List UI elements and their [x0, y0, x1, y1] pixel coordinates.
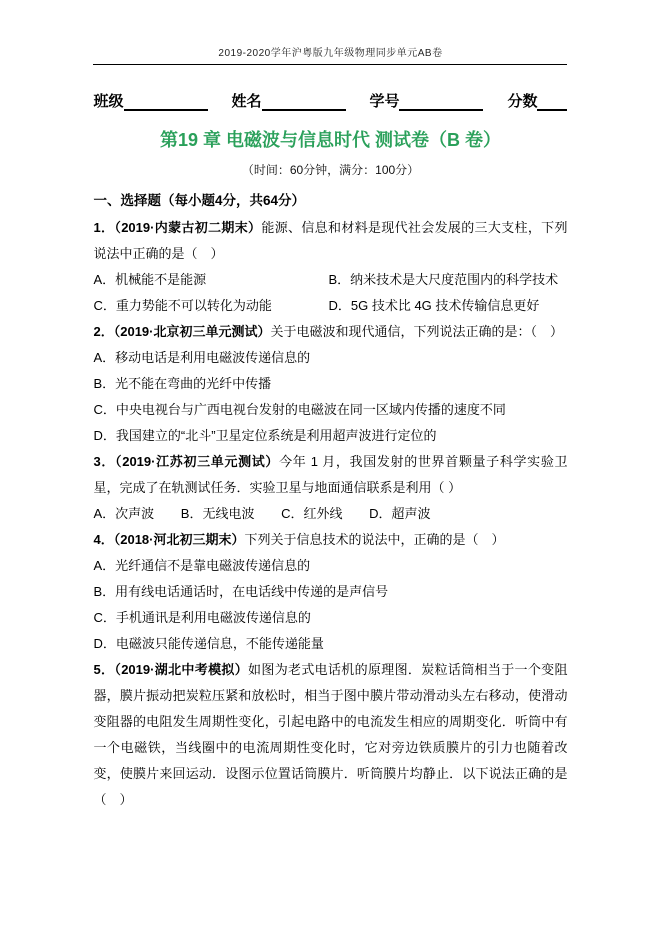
- class-field: 班级: [94, 90, 208, 111]
- exam-time-score-info: （时间：60分钟，满分：100分）: [94, 161, 568, 178]
- question-1-options-row-1: A．机械能不是能源 B．纳米技术是大尺度范围内的科学技术: [94, 267, 568, 293]
- question-5-stem: 5．（2019·湖北中考模拟）如图为老式电话机的原理图．炭粒话筒相当于一个变阻器…: [94, 657, 568, 813]
- question-1-stem: 1．（2019·内蒙古初二期末）能源、信息和材料是现代社会发展的三大支柱，下列说…: [94, 215, 568, 267]
- name-field: 姓名: [231, 90, 345, 111]
- question-3-option-d: D．超声波: [369, 506, 430, 521]
- question-5-source: 5．（2019·湖北中考模拟）: [94, 662, 249, 677]
- question-3-options-row: A．次声波 B．无线电波 C．红外线 D．超声波: [94, 501, 568, 527]
- student-info-row: 班级 姓名 学号 分数: [94, 90, 568, 111]
- question-4-option-c: C．手机通讯是利用电磁波传递信息的: [94, 605, 568, 631]
- question-4-stem: 4．（2018·河北初三期末）下列关于信息技术的说法中，正确的是（ ）: [94, 527, 568, 553]
- question-4-source: 4．（2018·河北初三期末）: [94, 532, 245, 547]
- question-3-source: 3．（2019·江苏初三单元测试）: [94, 454, 280, 469]
- question-2-source: 2．（2019·北京初三单元测试）: [94, 324, 271, 339]
- questions-container: 1．（2019·内蒙古初二期末）能源、信息和材料是现代社会发展的三大支柱，下列说…: [94, 215, 568, 813]
- question-2-stem: 2．（2019·北京初三单元测试）关于电磁波和现代通信，下列说法正确的是：（ ）: [94, 319, 568, 345]
- document-body: 班级 姓名 学号 分数 第19 章 电磁波与信息时代 测试卷（B 卷） （时间：…: [94, 90, 568, 813]
- header-divider: [93, 64, 567, 65]
- question-4-option-d: D．电磁波只能传递信息，不能传递能量: [94, 631, 568, 657]
- score-label: 分数: [507, 90, 537, 111]
- document-header-text: 2019-2020学年沪粤版九年级物理同步单元AB卷: [218, 48, 442, 59]
- class-blank-line: [124, 94, 208, 111]
- question-3-stem: 3．（2019·江苏初三单元测试）今年 1 月，我国发射的世界首颗量子科学实验卫…: [94, 449, 568, 501]
- question-1-option-d: D．5G 技术比 4G 技术传输信息更好: [329, 293, 540, 319]
- question-5: 5．（2019·湖北中考模拟）如图为老式电话机的原理图．炭粒话筒相当于一个变阻器…: [94, 657, 568, 813]
- section-heading-choice: 一、选择题（每小题4分，共64分）: [94, 189, 568, 209]
- question-2-option-c: C．中央电视台与广西电视台发射的电磁波在同一区域内传播的速度不同: [94, 397, 568, 423]
- score-field: 分数: [507, 90, 567, 111]
- question-3-option-c: C．红外线: [281, 506, 342, 521]
- question-3-option-b: B．无线电波: [181, 506, 255, 521]
- question-2-option-a: A．移动电话是利用电磁波传递信息的: [94, 345, 568, 371]
- name-label: 姓名: [231, 90, 261, 111]
- question-4-text: 下列关于信息技术的说法中，正确的是（ ）: [244, 532, 504, 547]
- student-id-field: 学号: [369, 90, 483, 111]
- question-2: 2．（2019·北京初三单元测试）关于电磁波和现代通信，下列说法正确的是：（ ）…: [94, 319, 568, 449]
- document-header: 2019-2020学年沪粤版九年级物理同步单元AB卷: [0, 0, 661, 59]
- question-1-option-a: A．机械能不是能源: [94, 267, 329, 293]
- student-id-blank-line: [399, 94, 483, 111]
- question-1-options-row-2: C．重力势能不可以转化为动能 D．5G 技术比 4G 技术传输信息更好: [94, 293, 568, 319]
- student-id-label: 学号: [369, 90, 399, 111]
- page-title: 第19 章 电磁波与信息时代 测试卷（B 卷）: [94, 126, 568, 152]
- question-1-option-c: C．重力势能不可以转化为动能: [94, 293, 329, 319]
- question-2-option-d: D．我国建立的“北斗”卫星定位系统是利用超声波进行定位的: [94, 423, 568, 449]
- exam-document-page: 2019-2020学年沪粤版九年级物理同步单元AB卷 班级 姓名 学号 分数 第…: [0, 0, 661, 935]
- name-blank-line: [262, 94, 346, 111]
- question-3: 3．（2019·江苏初三单元测试）今年 1 月，我国发射的世界首颗量子科学实验卫…: [94, 449, 568, 527]
- question-4: 4．（2018·河北初三期末）下列关于信息技术的说法中，正确的是（ ） A．光纤…: [94, 527, 568, 657]
- question-1-option-b: B．纳米技术是大尺度范围内的科学技术: [329, 267, 559, 293]
- class-label: 班级: [94, 90, 124, 111]
- score-blank-line: [537, 94, 567, 111]
- question-2-text: 关于电磁波和现代通信，下列说法正确的是：（ ）: [270, 324, 563, 339]
- question-4-option-b: B．用有线电话通话时，在电话线中传递的是声信号: [94, 579, 568, 605]
- question-5-text: 如图为老式电话机的原理图．炭粒话筒相当于一个变阻器，膜片振动把炭粒压紧和放松时，…: [94, 662, 568, 807]
- question-2-option-b: B．光不能在弯曲的光纤中传播: [94, 371, 568, 397]
- question-3-option-a: A．次声波: [94, 506, 155, 521]
- question-1: 1．（2019·内蒙古初二期末）能源、信息和材料是现代社会发展的三大支柱，下列说…: [94, 215, 568, 319]
- question-4-option-a: A．光纤通信不是靠电磁波传递信息的: [94, 553, 568, 579]
- question-1-source: 1．（2019·内蒙古初二期末）: [94, 220, 262, 235]
